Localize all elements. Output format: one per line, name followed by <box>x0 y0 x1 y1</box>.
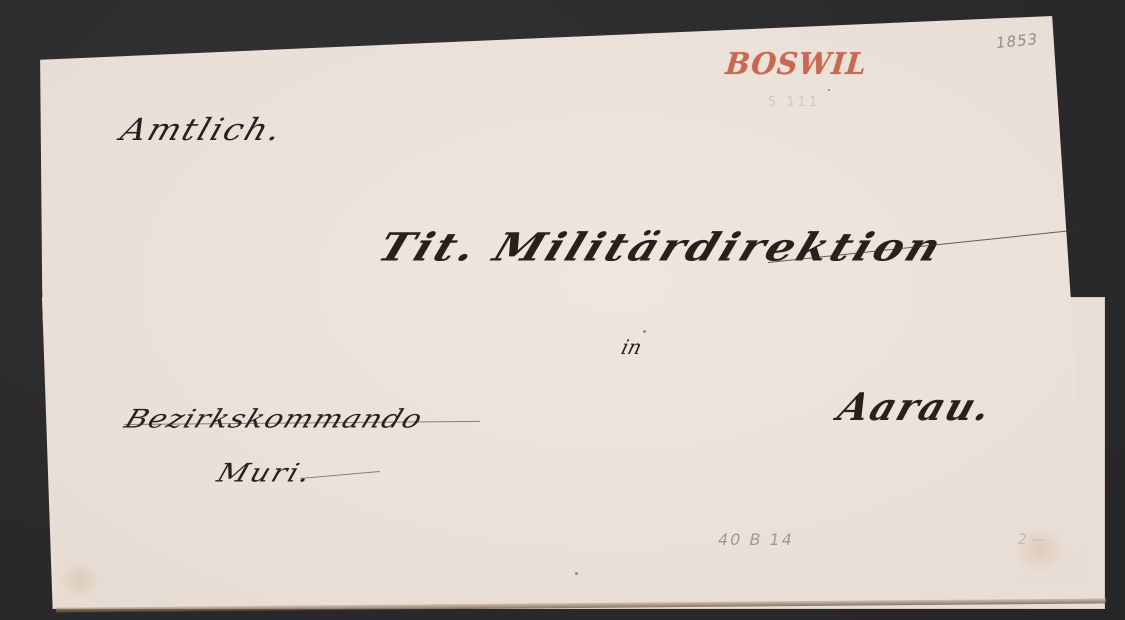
sender-line-1: Bezirkskommando <box>121 405 428 435</box>
destination-town: Aarau. <box>833 384 999 429</box>
pencil-reference-note: 40 B 14 <box>718 530 794 549</box>
town-postmark: BOSWIL <box>724 47 869 82</box>
faint-postmark-offset: 5 111 <box>768 95 820 110</box>
paper-stain <box>60 560 100 600</box>
paper-speck <box>828 89 830 91</box>
letter-cover <box>38 16 1090 608</box>
official-marking: Amtlich. <box>116 112 288 148</box>
ink-dot <box>643 330 646 333</box>
pencil-corner-note: 2 — <box>1018 532 1045 548</box>
addressee: Tit. Militärdirektion <box>372 225 950 270</box>
sender-line-2: Muri. <box>213 459 316 489</box>
paper-speck <box>575 572 578 575</box>
